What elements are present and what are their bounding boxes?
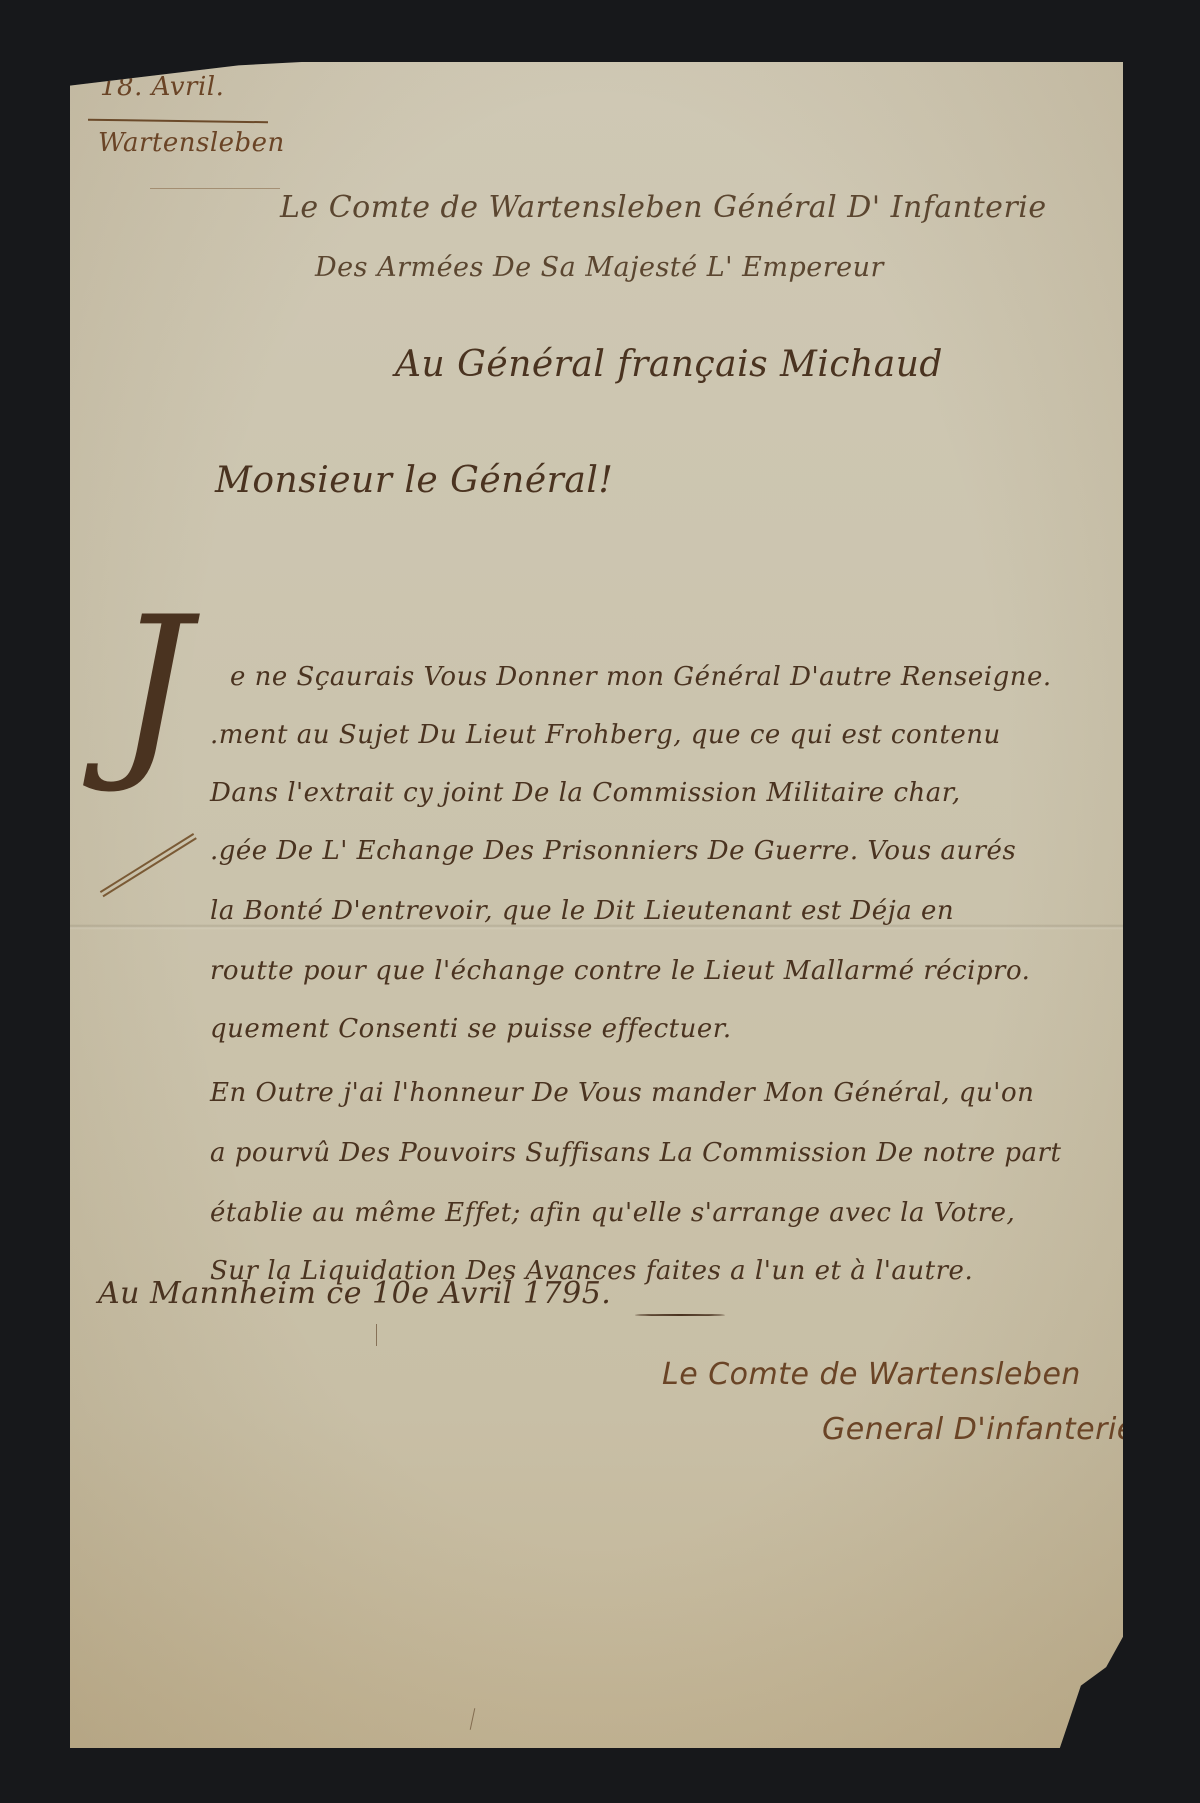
salutation: Monsieur le Général! [215, 460, 613, 501]
body-line: .gée De L' Echange Des Prisonniers De Gu… [210, 836, 1016, 866]
body-line: quement Consenti se puisse effectuer. [210, 1014, 732, 1044]
heading-sender: Le Comte de Wartensleben Général D' Infa… [280, 190, 1047, 225]
letter-paper: 18. Avril. Wartensleben Le Comte de Wart… [70, 62, 1123, 1748]
body-line: la Bonté D'entrevoir, que le Dit Lieuten… [210, 896, 954, 926]
date-underline-flourish [635, 1314, 725, 1316]
body-line: a pourvû Des Pouvoirs Suffisans La Commi… [210, 1138, 1061, 1168]
ink-mark [470, 1708, 476, 1730]
margin-date-note: 18. Avril. [100, 72, 224, 102]
margin-flourish [150, 188, 280, 189]
drop-cap: J [115, 592, 191, 782]
double-rule-flourish [100, 833, 194, 893]
signature-name: Le Comte de Wartensleben [662, 1357, 1081, 1392]
signature-title: General D'infanterie [822, 1412, 1136, 1447]
margin-name-note: Wartensleben [98, 128, 285, 158]
place-and-date: Au Mannheim ce 10e Avril 1795. [98, 1276, 611, 1311]
body-line: En Outre j'ai l'honneur De Vous mander M… [210, 1078, 1034, 1108]
body-line: établie au même Effet; afin qu'elle s'ar… [210, 1198, 1015, 1228]
ink-mark [376, 1324, 377, 1346]
body-line: routte pour que l'échange contre le Lieu… [210, 956, 1030, 986]
margin-divider [88, 119, 268, 124]
heading-sender-title: Des Armées De Sa Majesté L' Empereur [315, 252, 884, 283]
body-line: e ne Sçaurais Vous Donner mon Général D'… [230, 662, 1052, 692]
body-line: Dans l'extrait cy joint De la Commission… [210, 778, 961, 808]
body-line: .ment au Sujet Du Lieut Frohberg, que ce… [210, 720, 1001, 750]
heading-addressee: Au Général français Michaud [395, 344, 943, 385]
